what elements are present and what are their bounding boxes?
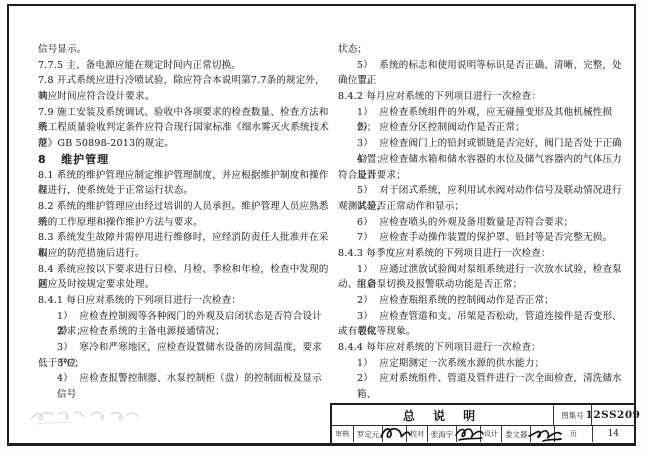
faint-handwriting-watermark-icon [27, 405, 142, 429]
text-line: 或有裂纹等现象。 [338, 324, 630, 340]
text-line: 6） 应检查喷头的外观及备用数量是否符合要求； [338, 215, 630, 231]
text-line: 5） 系统的标志和使用说明等标识是否正确、清晰、完整，处于正 [338, 58, 630, 74]
checker-name: 张海宇 [427, 426, 457, 442]
text-line: 8.4.1 每日应对系统的下列项目进行一次检查： [38, 293, 330, 309]
text-line: 8 维护管理 [38, 152, 330, 168]
text-line: 相应的防范措施后进行。 [38, 246, 330, 262]
text-line: 3） 应检查阀门上的铅封或锁链是否完好，阀门是否处于正确位置； [338, 136, 630, 152]
text-line: 2） 应检查系统的主备电源接通情况； [38, 324, 330, 340]
approver-signature-icon [382, 426, 406, 442]
text-line: 2） 应对系统组件、管道及管件进行一次全面检查，清洗储水箱、 [338, 371, 630, 387]
text-line: 确位置。 [338, 73, 630, 89]
text-line: 程进行，使系统处于正常运行状态。 [38, 183, 330, 199]
title-block-row-top: 总 说 明 图集号 12SS209 [332, 405, 634, 426]
approver-label: 审核 [332, 426, 353, 442]
text-line: 题应及时按规定要求处理。 [38, 277, 330, 293]
text-line: 8.4.3 每季度应对系统的下列项目进行一次检查： [338, 246, 630, 262]
approver-name: 罗定元 [353, 426, 383, 442]
text-line: 7.7.5 主、备电源应能在规定时间内正常切换。 [38, 58, 330, 74]
text-line: 5） 对于闭式系统，应利用试水阀对动作信号及联动情况进行试验， [338, 183, 630, 199]
text-line: 2） 应检查瓶组系统的控制阀动作是否正常； [338, 293, 630, 309]
text-line: 1） 应检查系统组件的外观，应无碰撞变形及其他机械性损伤； [338, 105, 630, 121]
title-block: 总 说 明 图集号 12SS209 审核 罗定元 校对 张海宇 设计 娄文器 [330, 403, 634, 443]
text-line: 1） 应通过泄放试验阀对泵组系统进行一次放水试验，检查泵组启 [338, 262, 630, 278]
title-block-row-bottom: 审核 罗定元 校对 张海宇 设计 娄文器 页 14 [332, 426, 634, 442]
text-line: 低于5℃； [38, 356, 330, 372]
text-line: 3） 应检查管道和支、吊架是否松动，管道连接件是否变形、老化 [338, 309, 630, 325]
page-number: 14 [592, 426, 634, 442]
text-line: 8.4.4 每年应对系统的下列项目进行一次检查： [338, 340, 630, 356]
text-line: 7） 应检查手动操作装置的保护罩、铅封等是否完整无损。 [338, 230, 630, 246]
text-line: 统的工作原理和操作维护方法与要求。 [38, 215, 330, 231]
text-line: 1） 应检查控制阀等各种阀门的外观及启闭状态是否符合设计要求； [38, 309, 330, 325]
text-line: 2） 应检查分区控制阀动作是否正常； [338, 120, 630, 136]
text-column-left: 信号显示。7.7.5 主、备电源应能在规定时间内正常切换。7.8 开式系统应进行… [38, 42, 330, 387]
text-line: 响应时间应符合设计要求。 [38, 89, 330, 105]
text-line: 8.1 系统的维护管理应制定维护管理制度，并应根据维护制度和操作规 [38, 168, 330, 184]
checker-signature-icon [456, 426, 480, 442]
designer-name: 娄文器 [501, 426, 531, 442]
text-line: 1） 应定期测定一次系统水源的供水能力； [338, 356, 630, 372]
text-line: 7.9 施工安装及系统调试、验收中各项要求的检查数量、检查方法和系 [38, 105, 330, 121]
text-line: 3） 寒冷和严寒地区，应检查设置储水设备的房间温度，要求不应 [38, 340, 330, 356]
text-line: 统工程质量验收判定条件应符合现行国家标准《细水雾灭火系统技术规 [38, 120, 330, 136]
text-line: 7.8 开式系统应进行冷喷试验，除应符合本说明第7.7条的规定外，其 [38, 73, 330, 89]
text-line: 4） 应检查储水箱和储水容器的水位及储气容器内的气体压力是否 [338, 152, 630, 168]
text-line: 8.4.2 每月应对系统的下列项目进行一次检查： [338, 89, 630, 105]
document-page: 信号显示。7.7.5 主、备电源应能在规定时间内正常切换。7.8 开式系统应进行… [0, 0, 649, 456]
page-frame: 信号显示。7.7.5 主、备电源应能在规定时间内正常切换。7.8 开式系统应进行… [7, 4, 636, 446]
text-line: 状态； [338, 42, 630, 58]
text-line: 8.4 系统应按以下要求进行日检、月检、季检和年检，检查中发现的问 [38, 262, 330, 278]
atlas-number-value: 12SS209 [591, 405, 634, 425]
text-line: 符合设计要求； [338, 168, 630, 184]
text-line: 4） 应检查报警控制器、水泵控制柜（盘）的控制面板及显示信号 [38, 371, 330, 387]
designer-signature-icon [530, 426, 554, 442]
drawing-title: 总 说 明 [332, 405, 553, 425]
text-line: 8.3 系统发生故障并需停用进行维修时，应经消防责任人批准并在采取 [38, 230, 330, 246]
text-line: 观测其是否正常动作和显示； [338, 199, 630, 215]
text-line: 动、主备泵切换及报警联动功能是否正常； [338, 277, 630, 293]
text-line: 信号显示。 [38, 42, 330, 58]
text-column-right: 状态；5） 系统的标志和使用说明等标识是否正确、清晰、完整，处于正确位置。8.4… [338, 42, 630, 387]
text-line: 范》GB 50898-2013的规定。 [38, 136, 330, 152]
text-line: 8.2 系统的维护管理应由经过培训的人员承担。维护管理人员应熟悉系 [38, 199, 330, 215]
